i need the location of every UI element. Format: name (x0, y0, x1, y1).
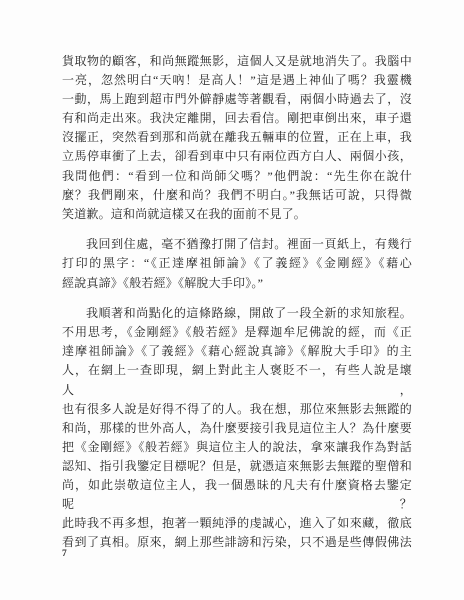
paragraph: 我順著和尚點化的這條路線，開啟了一段全新的求知旅程。不用思考，《金剛經》《般若經… (62, 304, 412, 552)
text-line: 我問他們：“看到一位和尚師父嗎？”他們說：“先生你在說什 (62, 167, 412, 186)
text-line: 打印的黑字：“《正達摩祖師論》《了義經》《金剛經》《藉心 (62, 254, 412, 273)
text-line: 經說真諦》《般若經》《解脫大手印》。” (62, 274, 412, 293)
text-line: 把《金剛經》《般若經》與這位主人的說法，拿來讓我作為對話 (62, 438, 412, 457)
text-line: 認知、指引我鑒定目標呢？但是，就憑這來無影去無蹤的聖僧和 (62, 457, 412, 476)
document-page: 貨取物的顧客，和尚無蹤無影，這個人又是就地消失了。我腦中一亮，忽然明白“天吶！是… (0, 0, 464, 600)
paragraph: 我回到住處，毫不猶豫打開了信封。裡面一頁紙上，有幾行打印的黑字：“《正達摩祖師論… (62, 235, 412, 292)
text-line: 我順著和尚點化的這條路線，開啟了一段全新的求知旅程。 (62, 304, 412, 323)
text-line: 立馬停車衝了上去，卻看到車中只有兩位西方白人、兩個小孩， (62, 147, 412, 166)
text-block: 貨取物的顧客，和尚無蹤無影，這個人又是就地消失了。我腦中一亮，忽然明白“天吶！是… (62, 52, 412, 552)
text-line: 也有很多人說是好得不得了的人。我在想，那位來無影去無蹤的 (62, 400, 412, 419)
page-number: 7 (62, 549, 67, 559)
text-line: 貨取物的顧客，和尚無蹤無影，這個人又是就地消失了。我腦中 (62, 52, 412, 71)
text-line: 麼？我們剛來，什麼和尚？我們不明白。”我無话可說，只得微 (62, 186, 412, 205)
text-line: 不用思考，《金剛經》《般若經》是釋迦牟尼佛說的經，而《正 (62, 323, 412, 342)
text-line: 笑道歉。這和尚就這樣又在我的面前不見了。 (62, 205, 412, 224)
text-line: 人，在網上一查即現，網上對此主人褒貶不一，有些人說是壞人， (62, 361, 412, 399)
text-line: 此時我不再多想，抱著一顆純淨的虔誠心，進入了如來藏，徹底 (62, 514, 412, 533)
text-line: 尚，如此崇敬這位主人，我一個愚昧的凡夫有什麼資格去鑒定呢？ (62, 476, 412, 514)
text-line: 看到了真相。原來，網上那些誹謗和污染，只不過是些傳假佛法 (62, 533, 412, 552)
text-line: 我回到住處，毫不猶豫打開了信封。裡面一頁紙上，有幾行 (62, 235, 412, 254)
text-line: 有和尚走出來。我決定離開，回去看信。剛把車倒出來，車子還 (62, 109, 412, 128)
text-line: 和尚，那樣的世外高人，為什麼要接引我見這位主人？為什麼要 (62, 419, 412, 438)
text-line: 一動，馬上跑到超市門外僻靜處等著觀看，兩個小時過去了，沒 (62, 90, 412, 109)
text-line: 達摩祖師論》《了義經》《藉心經說真諦》《解脫大手印》的主 (62, 342, 412, 361)
text-line: 沒擺正，突然看到那和尚就在離我五輛車的位置，正在上車，我 (62, 128, 412, 147)
text-line: 一亮，忽然明白“天吶！是高人！”這是遇上神仙了嗎？我靈機 (62, 71, 412, 90)
paragraph: 貨取物的顧客，和尚無蹤無影，這個人又是就地消失了。我腦中一亮，忽然明白“天吶！是… (62, 52, 412, 224)
